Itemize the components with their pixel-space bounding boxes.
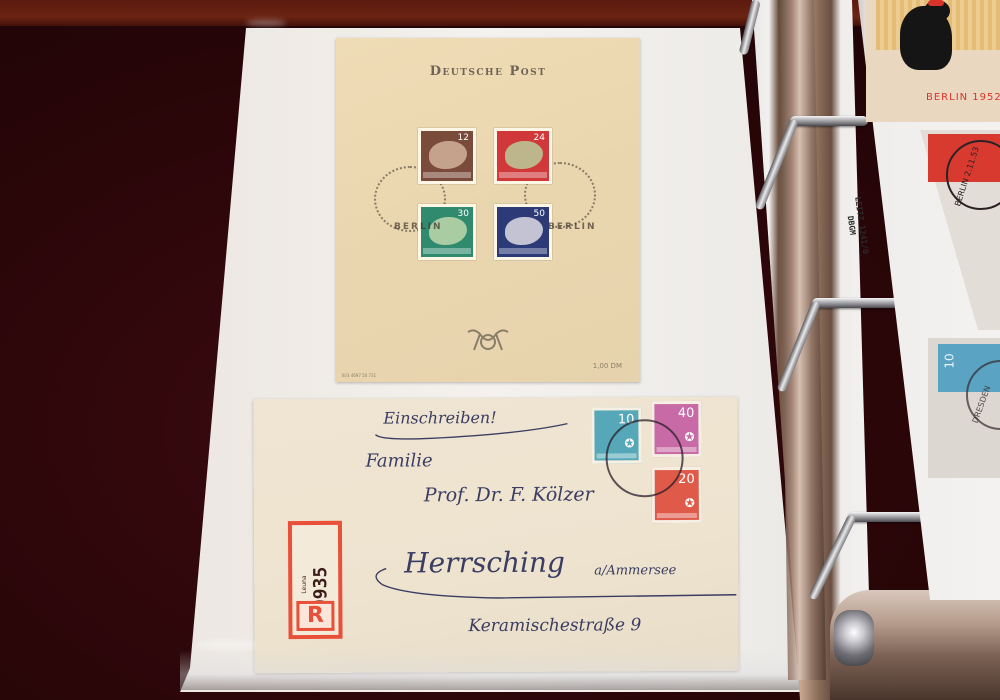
berlin-1952-card: BERLIN 1952 — [866, 0, 1000, 122]
registration-town: Leuna — [301, 575, 308, 593]
mini-stamp-1: 12 — [418, 128, 476, 184]
berlin-card-caption: BERLIN 1952 — [926, 92, 1000, 103]
binder-screw — [834, 610, 874, 666]
sheet-title: Deutsche Post — [336, 64, 640, 79]
sheet-print-code: III/3 4697 50 731 — [342, 373, 376, 378]
mini-stamp-2: 24 — [494, 128, 552, 184]
binder-ring-2-top[interactable] — [790, 116, 868, 126]
sheet-price: 1,00 DM — [593, 362, 622, 370]
posthorn-icon — [466, 328, 510, 354]
registration-label: Leuna 00935 R — [288, 521, 343, 639]
mini-stamp-4: 50 — [494, 204, 552, 260]
city-underline — [368, 563, 738, 605]
envelope-cancel — [605, 419, 683, 497]
mini-stamp-3: 30 — [418, 204, 476, 260]
recipient-street: Keramischestraße 9 — [468, 615, 641, 636]
registration-letter: R — [296, 601, 334, 631]
recipient-line-1: Familie — [366, 450, 433, 471]
binder-ring-3-top[interactable] — [812, 298, 900, 308]
postmark-text-right: BERLIN — [548, 222, 597, 232]
registered-envelope: Einschreiben! Familie Prof. Dr. F. Kölze… — [253, 397, 738, 674]
recipient-line-2: Prof. Dr. F. Kölzer — [424, 483, 594, 506]
postmark-text-left: BERLIN — [394, 222, 443, 232]
souvenir-sheet: Deutsche Post 12 24 30 50 BERLIN BERLIN … — [336, 38, 640, 382]
instruction-underline — [371, 420, 571, 443]
